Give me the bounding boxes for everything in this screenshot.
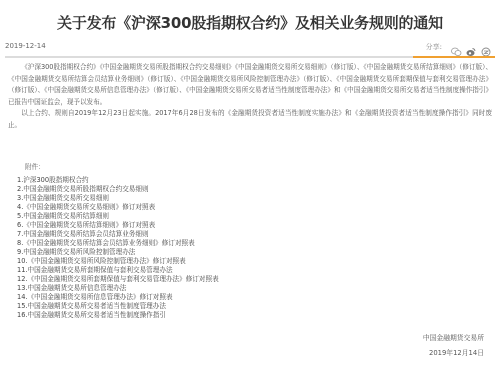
attachment-link[interactable]: 8.《中国金融期货交易所结算会员结算业务细则》修订对照表 [17,239,317,248]
attachment-link[interactable]: 11.中国金融期货交易所套期保值与套利交易管理办法 [17,266,317,275]
attachment-link[interactable]: 7.中国金融期货交易所结算会员结算业务细则 [17,230,317,239]
share-bar: 分享: [426,40,491,54]
attachment-link[interactable]: 9.中国金融期货交易所风险控制管理办法 [17,248,317,257]
article-title: 关于发布《沪深300股指期权合约》及相关业务规则的通知 [0,12,500,33]
attachment-link[interactable]: 1.沪深300股指期权合约 [17,176,317,185]
attachment-link[interactable]: 10.《中国金融期货交易所风险控制管理办法》修订对照表 [17,257,317,266]
attachment-link[interactable]: 14.《中国金融期货交易所信息管理办法》修订对照表 [17,293,317,302]
attachment-link[interactable]: 12.《中国金融期货交易所套期保值与套利交易管理办法》修订对照表 [17,275,317,284]
attachments-section: 附件： 1.沪深300股指期权合约 2.中国金融期货交易所股指期权合约交易细则 … [17,163,317,320]
signature-date: 2019年12月14日 [423,346,484,361]
publish-date: 2019-12-14 [5,42,46,50]
qzone-icon[interactable] [481,42,491,52]
attachments-list: 1.沪深300股指期权合约 2.中国金融期货交易所股指期权合约交易细则 3.中国… [17,176,317,320]
share-label: 分享: [426,42,442,52]
signature-org: 中国金融期货交易所 [423,331,484,346]
paragraph: 《沪深300股指期权合约》《中国金融期货交易所股指期权合约交易细则》《中国金融期… [8,62,492,108]
attachment-link[interactable]: 6.《中国金融期货交易所结算细则》修订对照表 [17,221,317,230]
attachment-link[interactable]: 2.中国金融期货交易所股指期权合约交易细则 [17,185,317,194]
attachment-link[interactable]: 3.中国金融期货交易所交易细则 [17,194,317,203]
header-divider-accent [413,56,495,58]
weibo-icon[interactable] [466,42,476,52]
attachment-link[interactable]: 5.中国金融期货交易所结算细则 [17,212,317,221]
attachment-link[interactable]: 16.中国金融期货交易所交易者适当性制度操作指引 [17,311,317,320]
attachment-link[interactable]: 15.中国金融期货交易所交易者适当性制度管理办法 [17,302,317,311]
attachments-label: 附件： [25,163,317,172]
attachment-link[interactable]: 4.《中国金融期货交易所交易细则》修订对照表 [17,203,317,212]
wechat-icon[interactable] [451,42,461,52]
signature-block: 中国金融期货交易所 2019年12月14日 [423,331,484,361]
paragraph: 以上合约、规则自2019年12月23日起实施。2017年6月28日发布的《金融期… [8,108,492,131]
article-body: 《沪深300股指期权合约》《中国金融期货交易所股指期权合约交易细则》《中国金融期… [8,62,492,131]
attachment-link[interactable]: 13.中国金融期货交易所信息管理办法 [17,284,317,293]
article-meta: 2019-12-14 分享: [5,40,495,56]
